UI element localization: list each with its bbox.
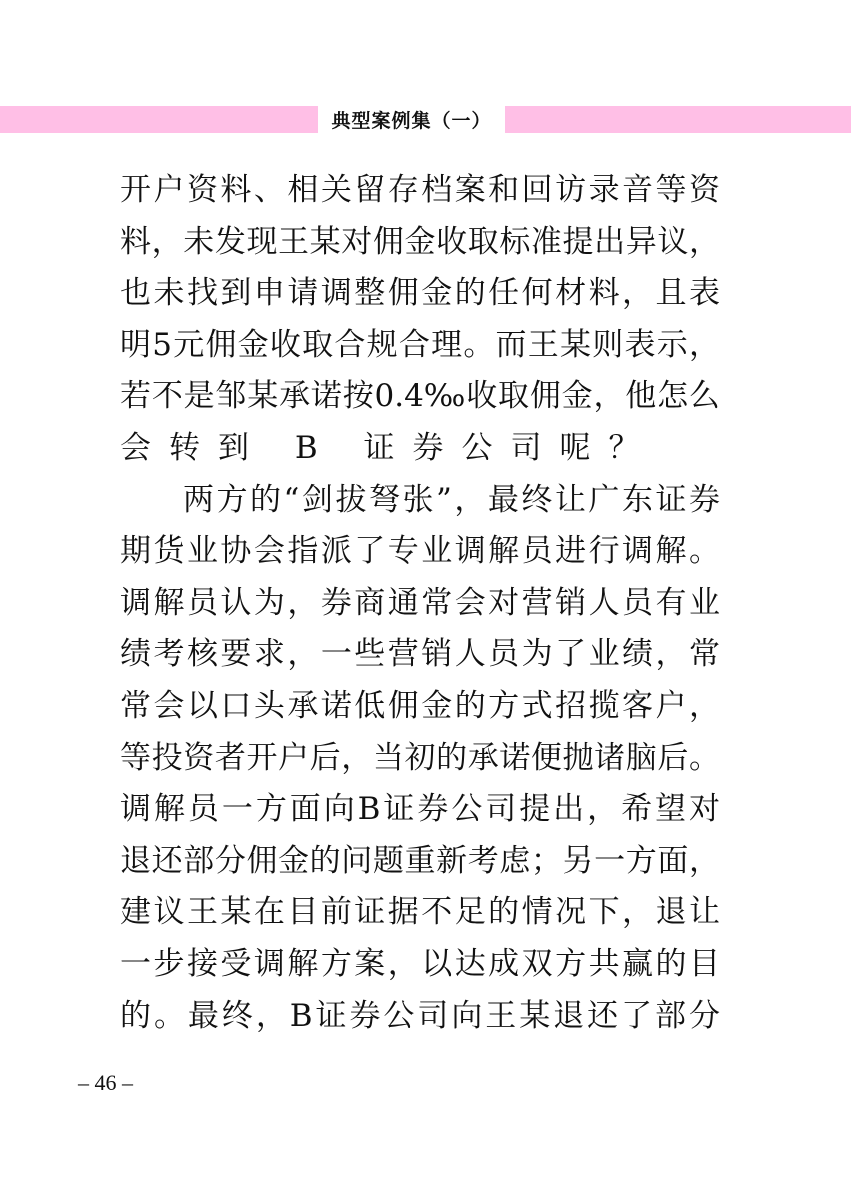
text-line: 若不是邹某承诺按0.4‰收取佣金，他怎么 [120, 374, 720, 426]
text-line: 的。最终，B证券公司向王某退还了部分 [120, 994, 720, 1046]
text-line: 绩考核要求，一些营销人员为了业绩，常 [120, 632, 720, 684]
running-title: 典型案例集（一） [318, 106, 505, 133]
text-line: 退还部分佣金的问题重新考虑；另一方面， [120, 839, 720, 891]
page-number: – 46 – [78, 1070, 133, 1096]
header-band-left [0, 106, 318, 133]
text-line: 会转到 B 证券公司呢？ [120, 426, 720, 478]
text-line: 常会以口头承诺低佣金的方式招揽客户， [120, 684, 720, 736]
body-text: 开户资料、相关留存档案和回访录音等资 料，未发现王某对佣金收取标准提出异议， 也… [120, 168, 720, 1045]
text-line: 明5元佣金收取合规合理。而王某则表示， [120, 323, 720, 375]
text-line: 一步接受调解方案，以达成双方共赢的目 [120, 942, 720, 994]
text-line: 建议王某在目前证据不足的情况下，退让 [120, 890, 720, 942]
text-line: 也未找到申请调整佣金的任何材料，且表 [120, 271, 720, 323]
text-line: 调解员认为，券商通常会对营销人员有业 [120, 581, 720, 633]
text-line: 开户资料、相关留存档案和回访录音等资 [120, 168, 720, 220]
text-line: 等投资者开户后，当初的承诺便抛诸脑后。 [120, 736, 720, 788]
text-line-paragraph-start: 两方的“剑拔弩张”，最终让广东证券 [120, 478, 720, 530]
header-band-right [505, 106, 851, 133]
text-line: 期货业协会指派了专业调解员进行调解。 [120, 529, 720, 581]
text-line: 调解员一方面向B证券公司提出，希望对 [120, 787, 720, 839]
text-line: 料，未发现王某对佣金收取标准提出异议， [120, 220, 720, 272]
